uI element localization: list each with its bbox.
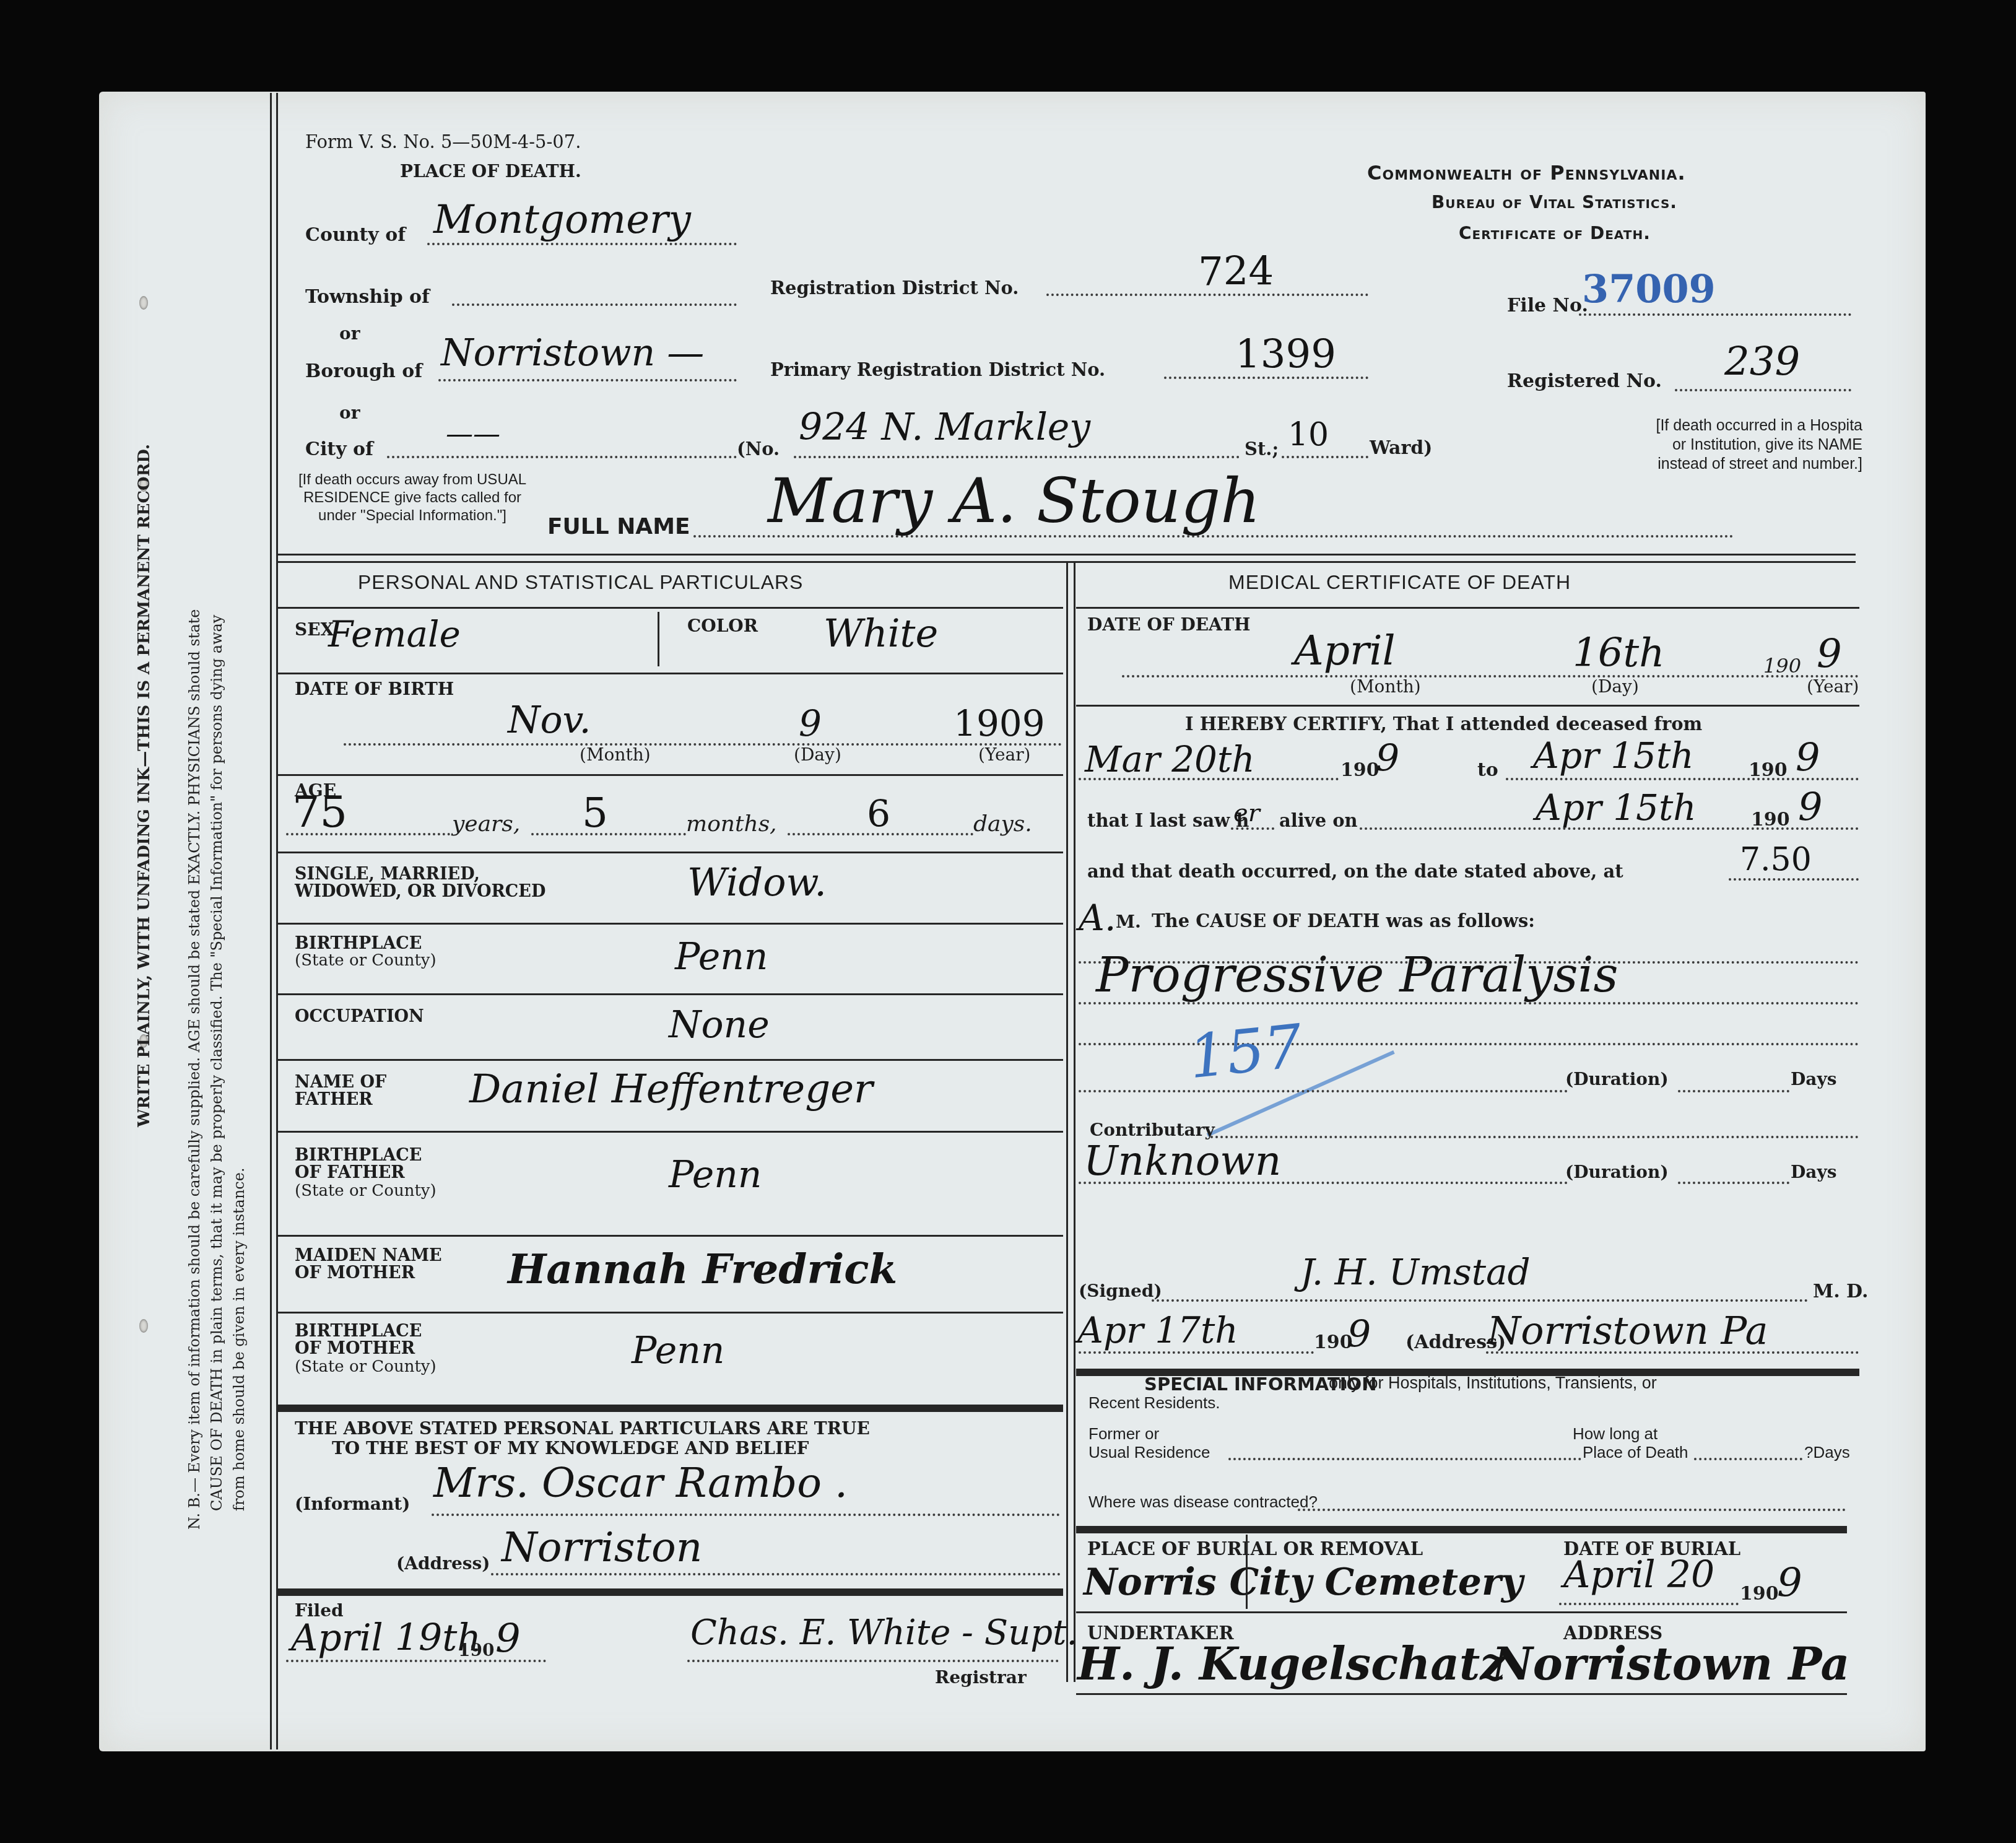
dob-label: DATE OF BIRTH: [295, 679, 454, 699]
contributary-line: [1210, 1136, 1859, 1138]
death-time-label: and that death occurred, on the date sta…: [1087, 861, 1623, 882]
street-field-line: [794, 456, 1240, 458]
how-long-label-2: Place of Death: [1583, 1443, 1688, 1462]
duration-days-line-1: [1678, 1090, 1789, 1092]
margin-rule: [276, 93, 278, 1749]
county-field[interactable]: Montgomery: [433, 197, 691, 243]
place-of-death-title: PLACE OF DEATH.: [400, 161, 581, 181]
special-info-desc-2: Recent Residents.: [1088, 1393, 1220, 1413]
dob-day-field[interactable]: 9: [799, 702, 822, 744]
informant-line: [432, 1514, 1060, 1516]
borough-label: Borough of: [305, 360, 422, 382]
thick-divider: [277, 1405, 1063, 1412]
row-divider: [277, 852, 1063, 853]
attended-from-year-prefix: 190: [1340, 759, 1379, 781]
city-field-line: [387, 456, 737, 458]
cause-of-death-field[interactable]: Progressive Paralysis: [1096, 948, 1618, 1003]
attended-to-field[interactable]: Apr 15th: [1533, 734, 1694, 777]
mother-label-2: OF MOTHER: [295, 1263, 415, 1283]
signed-line: [1152, 1299, 1808, 1302]
dod-year-suffix[interactable]: 9: [1817, 632, 1842, 678]
mother-bp-label-2: OF MOTHER: [295, 1339, 415, 1358]
last-saw-pronoun-field[interactable]: er: [1233, 799, 1260, 827]
reg-district-field[interactable]: 724: [1198, 249, 1274, 295]
to-label: to: [1477, 759, 1498, 781]
death-time-line: [1729, 878, 1859, 881]
row-divider: [277, 607, 1063, 609]
dob-day-caption: (Day): [794, 744, 841, 765]
city-field[interactable]: ——: [446, 418, 500, 450]
row-divider: [1076, 607, 1859, 609]
attended-from-field[interactable]: Mar 20th: [1085, 738, 1255, 780]
birthplace-label: BIRTHPLACE: [295, 934, 422, 953]
certify-text: I HEREBY CERTIFY, That I attended deceas…: [1185, 713, 1702, 734]
burial-place-label: PLACE OF BURIAL OR REMOVAL: [1087, 1538, 1423, 1559]
signed-date-field[interactable]: Apr 17th: [1077, 1309, 1238, 1351]
row-divider: [1076, 1611, 1847, 1613]
filed-year-suffix[interactable]: 9: [495, 1616, 521, 1662]
father-name-field[interactable]: Daniel Heffentreger: [469, 1066, 873, 1112]
column-divider: [1074, 561, 1075, 1682]
row-divider: [277, 774, 1063, 776]
physician-signature[interactable]: J. H. Umstad: [1300, 1251, 1531, 1293]
how-long-label-1: How long at: [1573, 1424, 1658, 1444]
burial-year-prefix: 190: [1740, 1583, 1779, 1605]
mother-bp-sub: (State or County): [295, 1357, 437, 1376]
registered-no-line: [1675, 389, 1851, 391]
registrar-signature[interactable]: Chas. E. White - Supt.: [690, 1613, 1077, 1653]
thick-divider: [277, 1588, 1063, 1596]
undertaker-field[interactable]: H. J. Kugelschatz: [1077, 1637, 1505, 1690]
side-note-nb-2: CAUSE OF DEATH in plain terms, that it m…: [208, 615, 225, 1511]
dob-month-caption: (Month): [580, 744, 651, 765]
burial-year-suffix[interactable]: 9: [1777, 1561, 1802, 1606]
column-divider: [1066, 561, 1068, 1682]
days-label-2: Days: [1791, 1162, 1836, 1182]
sex-color-divider: [658, 612, 659, 666]
thick-divider: [1076, 1526, 1847, 1533]
header-certificate: Certificate of Death.: [1459, 223, 1651, 243]
county-field-line: [427, 243, 737, 245]
county-label: County of: [305, 224, 406, 246]
dod-month-caption: (Month): [1350, 676, 1421, 697]
file-no-label: File No.: [1507, 295, 1588, 316]
marital-label-1: SINGLE, MARRIED,: [295, 865, 480, 884]
age-days-label: days.: [973, 811, 1032, 837]
alive-on-label: alive on: [1279, 810, 1358, 831]
borough-field[interactable]: Norristown —: [441, 331, 704, 375]
age-months-label: months,: [686, 811, 777, 837]
duration-line-1: [1079, 1090, 1568, 1092]
cause-label: The CAUSE OF DEATH was as follows:: [1152, 910, 1535, 931]
last-saw-date-field[interactable]: Apr 15th: [1536, 786, 1697, 829]
burial-date-line: [1559, 1603, 1739, 1605]
dod-day-field[interactable]: 16th: [1573, 630, 1664, 676]
burial-divider: [1246, 1535, 1248, 1609]
last-saw-year-prefix: 190: [1751, 809, 1790, 830]
row-divider: [277, 1235, 1063, 1237]
contracted-label: Where was disease contracted?: [1088, 1492, 1318, 1512]
birthplace-sub: (State or County): [295, 951, 437, 970]
row-divider: [277, 993, 1063, 995]
dod-month-field[interactable]: April: [1294, 627, 1396, 674]
township-field-line[interactable]: [452, 303, 737, 306]
residence-note: [If death occurs away from USUAL RESIDEN…: [295, 471, 530, 525]
former-residence-line[interactable]: [1228, 1458, 1581, 1460]
signed-date-line: [1079, 1351, 1314, 1354]
dob-month-field[interactable]: Nov.: [508, 699, 591, 742]
form-number: Form V. S. No. 5—50M-4-5-07.: [305, 131, 581, 152]
mother-name-field[interactable]: Hannah Fredrick: [508, 1245, 897, 1293]
marital-field[interactable]: Widow.: [687, 860, 827, 905]
registered-no-field[interactable]: 239: [1724, 339, 1800, 385]
contributary-field[interactable]: Unknown: [1084, 1137, 1281, 1185]
father-bp-label-2: OF FATHER: [295, 1163, 405, 1182]
punch-hole: [139, 1319, 148, 1333]
contracted-line[interactable]: [1298, 1509, 1846, 1511]
attended-from-year-suffix[interactable]: 9: [1376, 737, 1399, 780]
file-no-stamp: 37009: [1582, 266, 1716, 312]
informant-label: (Informant): [295, 1494, 410, 1514]
row-divider: [277, 673, 1063, 674]
days-label-1: Days: [1791, 1069, 1836, 1089]
header-commonwealth: Commonwealth of Pennsylvania.: [1367, 161, 1686, 185]
st-label: St.;: [1245, 438, 1279, 460]
last-saw-year-suffix[interactable]: 9: [1798, 784, 1822, 829]
age-years-label: years,: [452, 811, 520, 837]
hospital-note: [If death occurred in a Hospita or Insti…: [1652, 416, 1862, 474]
or-label-2: or: [339, 403, 360, 423]
age-months-field[interactable]: 5: [582, 789, 608, 837]
row-divider: [277, 1312, 1063, 1314]
row-divider: [277, 1131, 1063, 1133]
borough-field-line: [438, 379, 737, 381]
primary-district-label: Primary Registration District No.: [770, 359, 1105, 380]
medical-section-title: MEDICAL CERTIFICATE OF DEATH: [1228, 571, 1571, 594]
undertaker-address-field[interactable]: Norristown Pa: [1492, 1637, 1849, 1690]
sex-field[interactable]: Female: [328, 613, 461, 655]
special-info-desc: only for Hospitals, Institutions, Transi…: [1329, 1374, 1657, 1393]
last-saw-label: that I last saw h: [1087, 810, 1249, 831]
row-divider: [277, 923, 1063, 925]
signed-year-suffix[interactable]: 9: [1347, 1313, 1371, 1356]
header-bureau: Bureau of Vital Statistics.: [1432, 192, 1677, 212]
file-no-line: [1579, 313, 1851, 316]
reg-district-label: Registration District No.: [770, 277, 1019, 298]
attest-line-2: TO THE BEST OF MY KNOWLEDGE AND BELIEF: [332, 1438, 809, 1458]
burial-date-field[interactable]: April 20: [1563, 1553, 1714, 1597]
md-label: M. D.: [1813, 1281, 1869, 1302]
death-time-field[interactable]: 7.50: [1740, 841, 1812, 878]
dod-year-prefix: 190: [1763, 654, 1801, 678]
attended-to-year-prefix: 190: [1749, 759, 1788, 781]
registrar-label: Registrar: [935, 1667, 1027, 1688]
informant-address-label: (Address): [396, 1553, 490, 1574]
color-label: COLOR: [687, 616, 758, 636]
father-label-2: FATHER: [295, 1090, 373, 1109]
informant-field[interactable]: Mrs. Oscar Rambo .: [433, 1459, 848, 1507]
former-label-1: Former or: [1088, 1424, 1159, 1444]
age-days-field[interactable]: 6: [867, 793, 890, 836]
birthplace-field[interactable]: Penn: [675, 935, 768, 978]
signed-address-field[interactable]: Norristown Pa: [1487, 1308, 1768, 1353]
father-bp-label-1: BIRTHPLACE: [295, 1146, 422, 1165]
registrar-line: [687, 1660, 1059, 1662]
dod-day-caption: (Day): [1591, 676, 1639, 697]
registered-no-label: Registered No.: [1507, 370, 1662, 392]
row-divider: [1076, 1693, 1847, 1695]
father-birthplace-field[interactable]: Penn: [669, 1153, 762, 1196]
occupation-field[interactable]: None: [669, 1003, 770, 1047]
dod-label: DATE OF DEATH: [1087, 614, 1251, 635]
duration-label-2: (Duration): [1565, 1162, 1669, 1182]
primary-district-field[interactable]: 1399: [1235, 332, 1336, 378]
city-label: City of: [305, 438, 373, 460]
last-saw-pronoun-line: [1231, 827, 1274, 830]
father-bp-sub: (State or County): [295, 1182, 437, 1200]
marital-label-2: WIDOWED, OR DIVORCED: [295, 882, 545, 901]
age-months-line: [531, 833, 686, 835]
mother-bp-label-1: BIRTHPLACE: [295, 1322, 422, 1341]
margin-rule: [270, 93, 272, 1749]
color-field[interactable]: White: [823, 611, 938, 656]
former-label-2: Usual Residence: [1088, 1443, 1210, 1462]
m-label: M.: [1116, 912, 1141, 932]
age-years-field[interactable]: 75: [292, 786, 347, 837]
dod-line: [1122, 675, 1859, 678]
full-name-field[interactable]: Mary A. Stough: [768, 464, 1261, 537]
street-field[interactable]: 924 N. Markley: [799, 406, 1090, 449]
father-label-1: NAME OF: [295, 1073, 386, 1092]
burial-place-field[interactable]: Norris City Cemetery: [1084, 1561, 1523, 1604]
mother-label-1: MAIDEN NAME: [295, 1246, 442, 1265]
how-long-days-label: ?Days: [1804, 1443, 1850, 1462]
ward-field-line: [1282, 456, 1368, 458]
personal-section-title: PERSONAL AND STATISTICAL PARTICULARS: [358, 571, 803, 594]
attended-to-year-suffix[interactable]: 9: [1796, 734, 1820, 780]
punch-hole: [139, 296, 148, 310]
filed-year-prefix: 190: [458, 1640, 494, 1660]
attest-line-1: THE ABOVE STATED PERSONAL PARTICULARS AR…: [295, 1418, 870, 1439]
side-note-nb-3: from home should be given in every insta…: [230, 1167, 248, 1511]
street-no-label: (No.: [737, 438, 780, 460]
am-pm-field[interactable]: A.: [1079, 897, 1116, 939]
row-divider: [1076, 705, 1859, 707]
side-note-write-plainly: WRITE PLAINLY, WITH UNFADING INK—THIS IS…: [135, 444, 154, 1127]
dod-year-caption: (Year): [1807, 676, 1859, 697]
cause-code-annotation: 157: [1186, 1011, 1306, 1092]
township-label: Township of: [305, 286, 430, 308]
or-label-1: or: [339, 323, 360, 344]
informant-address-line: [491, 1573, 1061, 1575]
section-divider: [277, 554, 1856, 556]
mother-birthplace-field[interactable]: Penn: [632, 1329, 724, 1372]
ward-field[interactable]: 10: [1288, 416, 1329, 453]
dob-year-field[interactable]: 1909: [954, 702, 1045, 744]
full-name-label: FULL NAME: [547, 514, 690, 539]
duration-line-2: [1079, 1182, 1568, 1184]
side-note-nb-1: N. B.— Every item of information should …: [186, 609, 203, 1530]
duration-label-1: (Duration): [1565, 1069, 1669, 1089]
ward-label: Ward): [1370, 437, 1433, 459]
signed-label: (Signed): [1079, 1281, 1162, 1301]
occupation-label: OCCUPATION: [295, 1007, 424, 1026]
duration-days-line-2: [1678, 1182, 1789, 1184]
how-long-line[interactable]: [1694, 1458, 1802, 1460]
row-divider: [277, 1059, 1063, 1061]
filed-date-field[interactable]: April 19th: [291, 1616, 481, 1660]
dob-year-caption: (Year): [978, 744, 1031, 765]
informant-address-field[interactable]: Norriston: [502, 1523, 702, 1571]
